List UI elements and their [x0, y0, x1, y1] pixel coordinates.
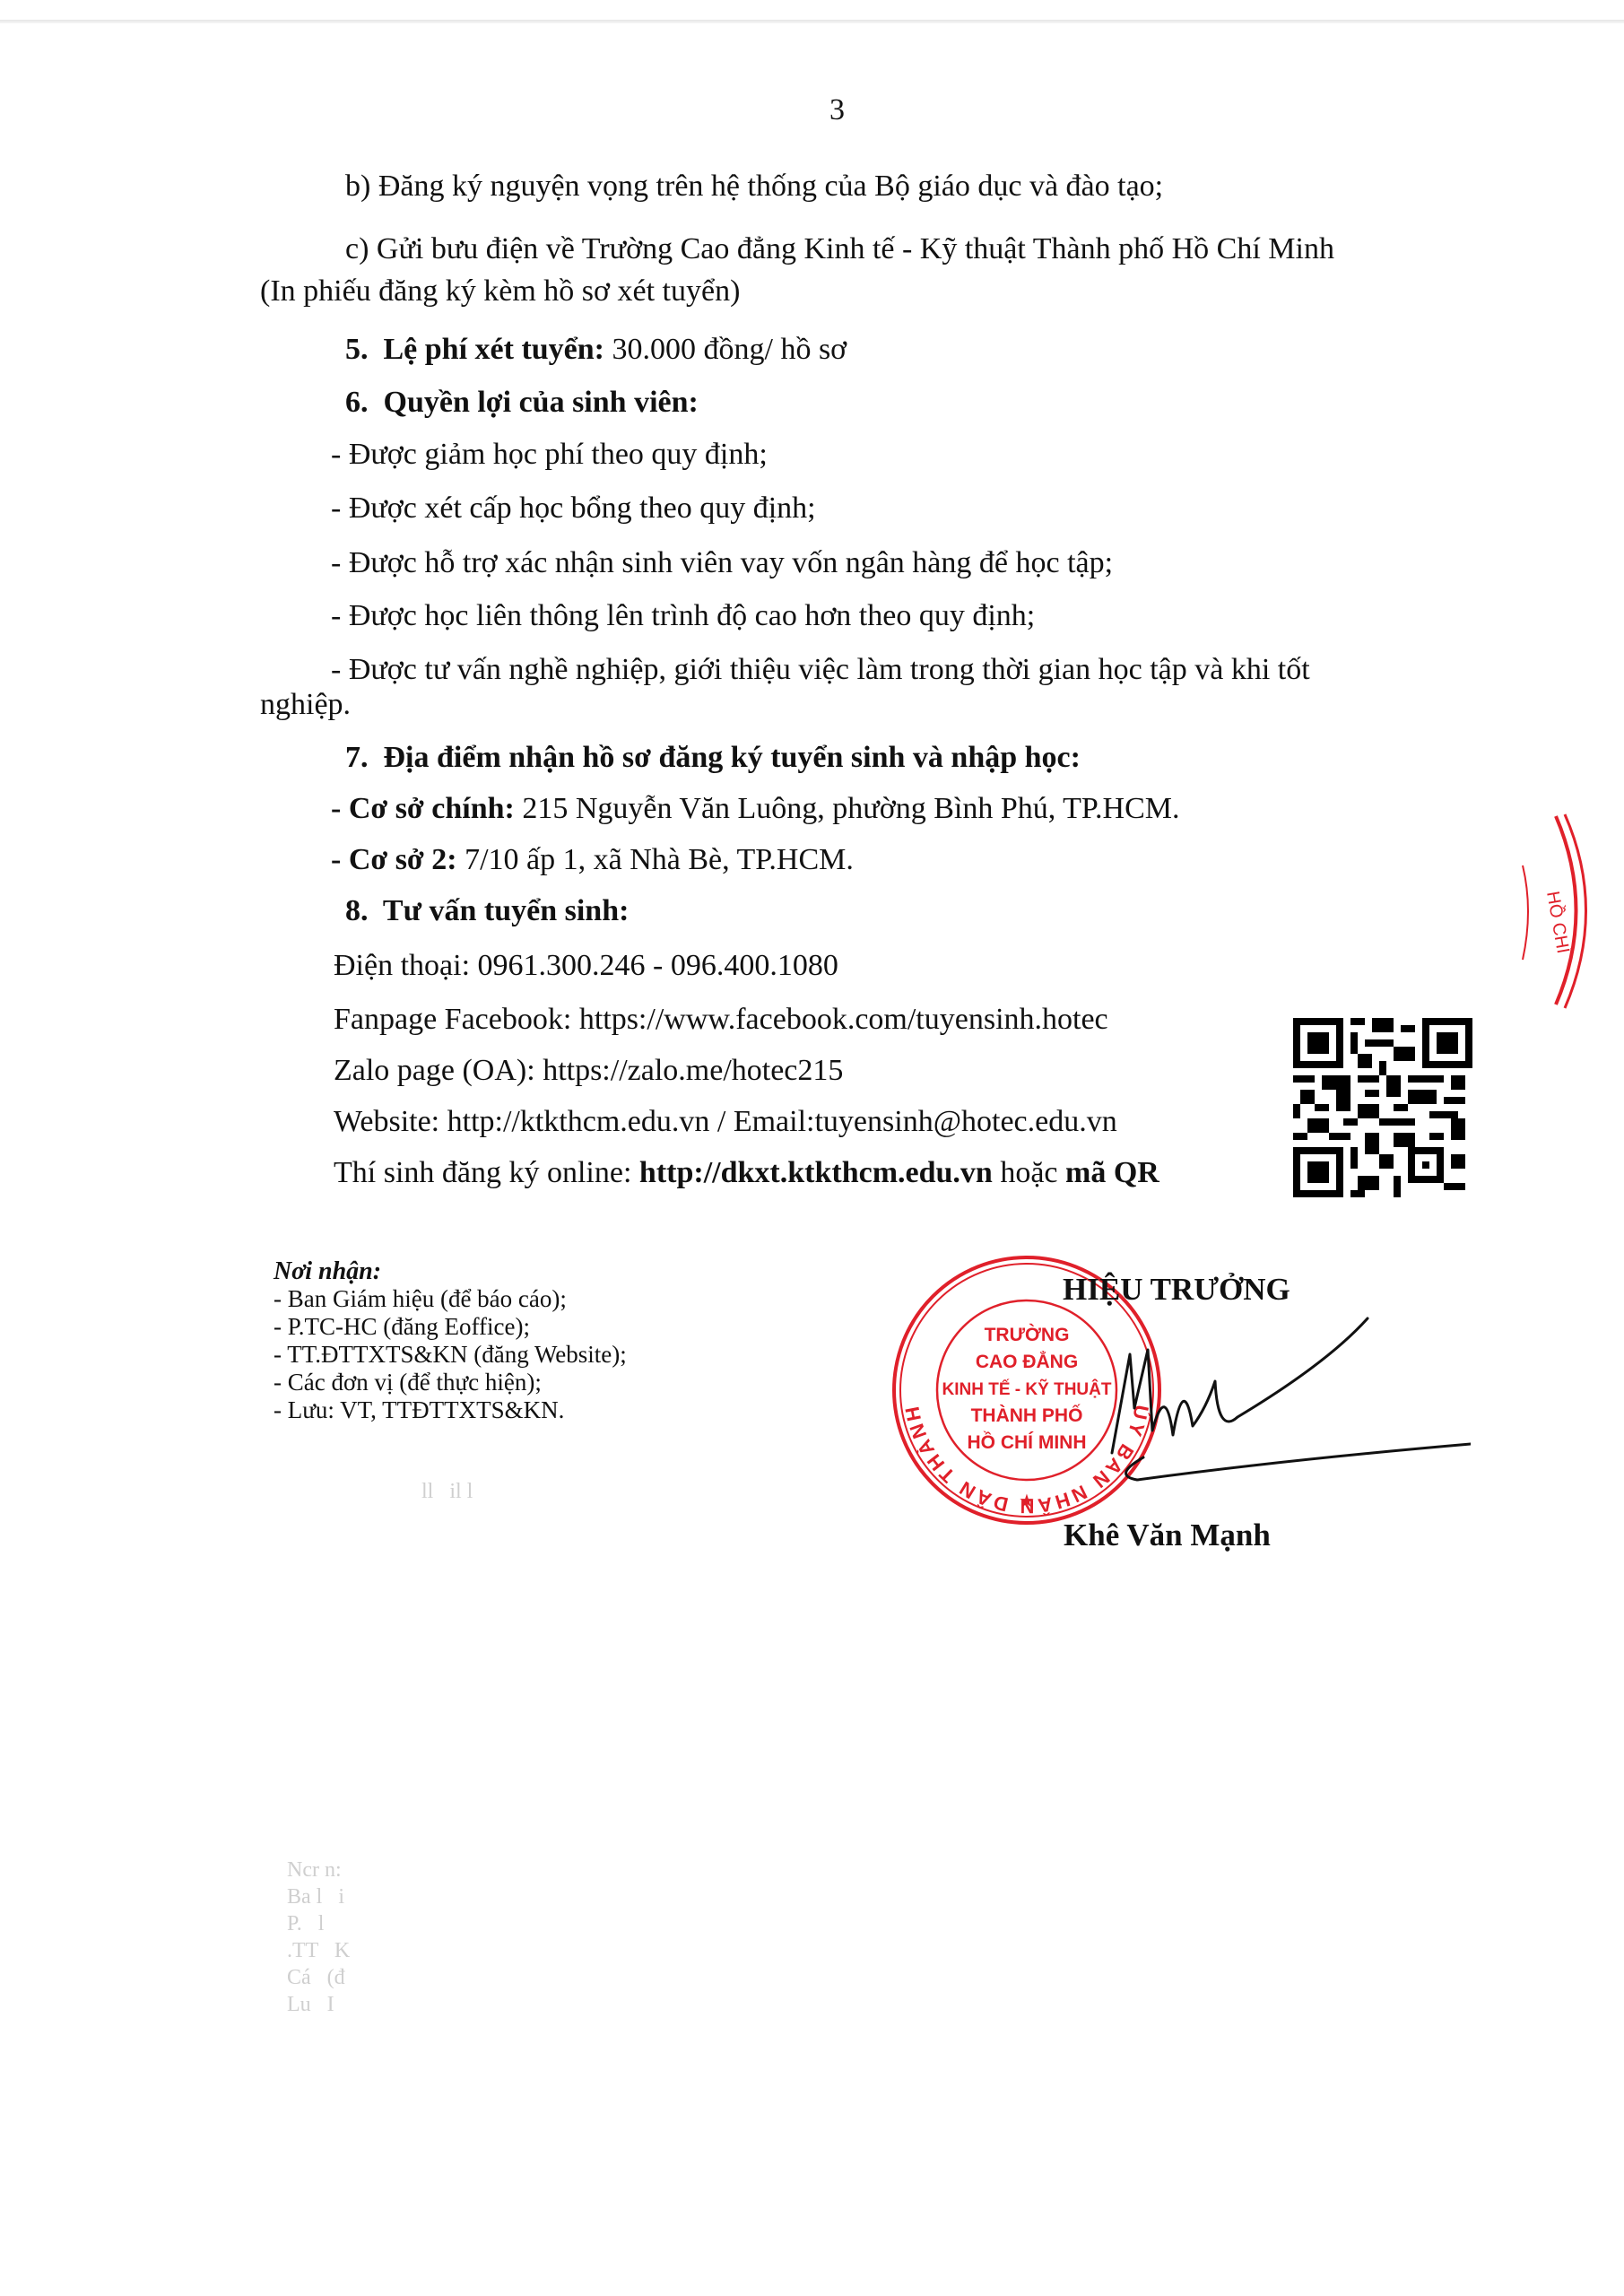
recipient-item: - P.TC-HC (đăng Eoffice); [274, 1313, 627, 1341]
campus-2-label: - Cơ sở 2: [331, 843, 457, 876]
campus-main: - Cơ sở chính: 215 Nguyễn Văn Luông, phư… [331, 794, 1180, 824]
website-link[interactable]: http://ktkthcm.edu.vn [447, 1105, 710, 1138]
section-6-heading: 6. Quyền lợi của sinh viên: [345, 387, 699, 418]
recipient-item: - Lưu: VT, TTĐTTXTS&KN. [274, 1396, 627, 1424]
signatory-name: Khê Văn Mạnh [1064, 1518, 1271, 1553]
section-5: 5. Lệ phí xét tuyển: 30.000 đồng/ hồ sơ [345, 335, 847, 365]
phone: Điện thoại: 0961.300.246 - 096.400.1080 [334, 951, 838, 981]
campus-2-address: 7/10 ấp 1, xã Nhà Bè, TP.HCM. [457, 843, 854, 876]
recipient-item: - Ban Giám hiệu (để báo cáo); [274, 1285, 627, 1313]
svg-text:★: ★ [1019, 1492, 1035, 1511]
section-5-value: 30.000 đồng/ hồ sơ [604, 333, 847, 366]
recipient-item: - TT.ĐTTXTS&KN (đăng Website); [274, 1341, 627, 1369]
section-8-heading: 8. Tư vấn tuyển sinh: [345, 896, 629, 926]
section-5-number: 5. [345, 333, 369, 366]
qr-code[interactable] [1289, 1018, 1477, 1197]
bleed-through: Ncr n:Ba l iP. l.TT KCá (đLu I [287, 1857, 350, 2018]
section-5-title: Lệ phí xét tuyển: [384, 333, 605, 366]
benefit-item: - Được tư vấn nghề nghiệp, giới thiệu vi… [331, 655, 1310, 685]
partial-stamp-icon: HỒ CHÍ [1471, 807, 1624, 1013]
item-b: b) Đăng ký nguyện vọng trên hệ thống của… [345, 171, 1163, 202]
item-c-line1: c) Gửi bưu điện về Trường Cao đẳng Kinh … [345, 234, 1334, 265]
recipients-title: Nơi nhận: [274, 1257, 627, 1285]
online-qr-label: mã QR [1065, 1156, 1159, 1189]
benefit-item: - Được hỗ trợ xác nhận sinh viên vay vốn… [331, 548, 1113, 578]
section-8-number: 8. [345, 894, 369, 927]
section-6-number: 6. [345, 386, 369, 419]
facebook-line: Fanpage Facebook: https://www.facebook.c… [334, 1004, 1108, 1035]
benefit-item: - Được học liên thông lên trình độ cao h… [331, 601, 1035, 631]
zalo-label: Zalo page (OA): [334, 1054, 543, 1087]
benefit-item: - Được xét cấp học bổng theo quy định; [331, 493, 816, 524]
facebook-link[interactable]: https://www.facebook.com/tuyensinh.hotec [579, 1003, 1108, 1036]
partial-stamp-text: HỒ CHÍ [1542, 890, 1575, 956]
zalo-link[interactable]: https://zalo.me/hotec215 [543, 1054, 843, 1087]
online-link[interactable]: http://dkxt.ktkthcm.edu.vn [639, 1156, 993, 1189]
section-7-title: Địa điểm nhận hồ sơ đăng ký tuyển sinh v… [384, 741, 1081, 774]
campus-main-label: - Cơ sở chính: [331, 792, 515, 825]
item-c-line2: (In phiếu đăng ký kèm hồ sơ xét tuyển) [260, 276, 740, 307]
campus-main-address: 215 Nguyễn Văn Luông, phường Bình Phú, T… [515, 792, 1180, 825]
facebook-label: Fanpage Facebook: [334, 1003, 579, 1036]
recipient-item: - Các đơn vị (để thực hiện); [274, 1369, 627, 1396]
signature-icon [1058, 1300, 1471, 1516]
online-label: Thí sinh đăng ký online: [334, 1156, 639, 1189]
recipients-block: Nơi nhận: - Ban Giám hiệu (để báo cáo); … [274, 1257, 627, 1424]
page-number: 3 [829, 93, 845, 127]
website-line: Website: http://ktkthcm.edu.vn / Email:t… [334, 1107, 1117, 1137]
email-link[interactable]: tuyensinh@hotec.edu.vn [814, 1105, 1116, 1138]
benefit-item: - Được giảm học phí theo quy định; [331, 439, 768, 470]
online-line: Thí sinh đăng ký online: http://dkxt.ktk… [334, 1158, 1159, 1188]
stamp-line: TRƯỜNG [985, 1324, 1070, 1345]
section-7-heading: 7. Địa điểm nhận hồ sơ đăng ký tuyển sin… [345, 743, 1081, 773]
section-8-title: Tư vấn tuyển sinh: [383, 894, 630, 927]
bleed-through: ll il l [421, 1480, 473, 1504]
email-label: / Email: [709, 1105, 814, 1138]
campus-2: - Cơ sở 2: 7/10 ấp 1, xã Nhà Bè, TP.HCM. [331, 845, 854, 875]
zalo-line: Zalo page (OA): https://zalo.me/hotec215 [334, 1056, 843, 1086]
section-7-number: 7. [345, 741, 369, 774]
online-or: hoặc [993, 1156, 1065, 1189]
section-6-title: Quyền lợi của sinh viên: [384, 386, 699, 419]
website-label: Website: [334, 1105, 447, 1138]
benefit-item-cont: nghiệp. [260, 690, 351, 720]
scan-edge [0, 20, 1624, 23]
